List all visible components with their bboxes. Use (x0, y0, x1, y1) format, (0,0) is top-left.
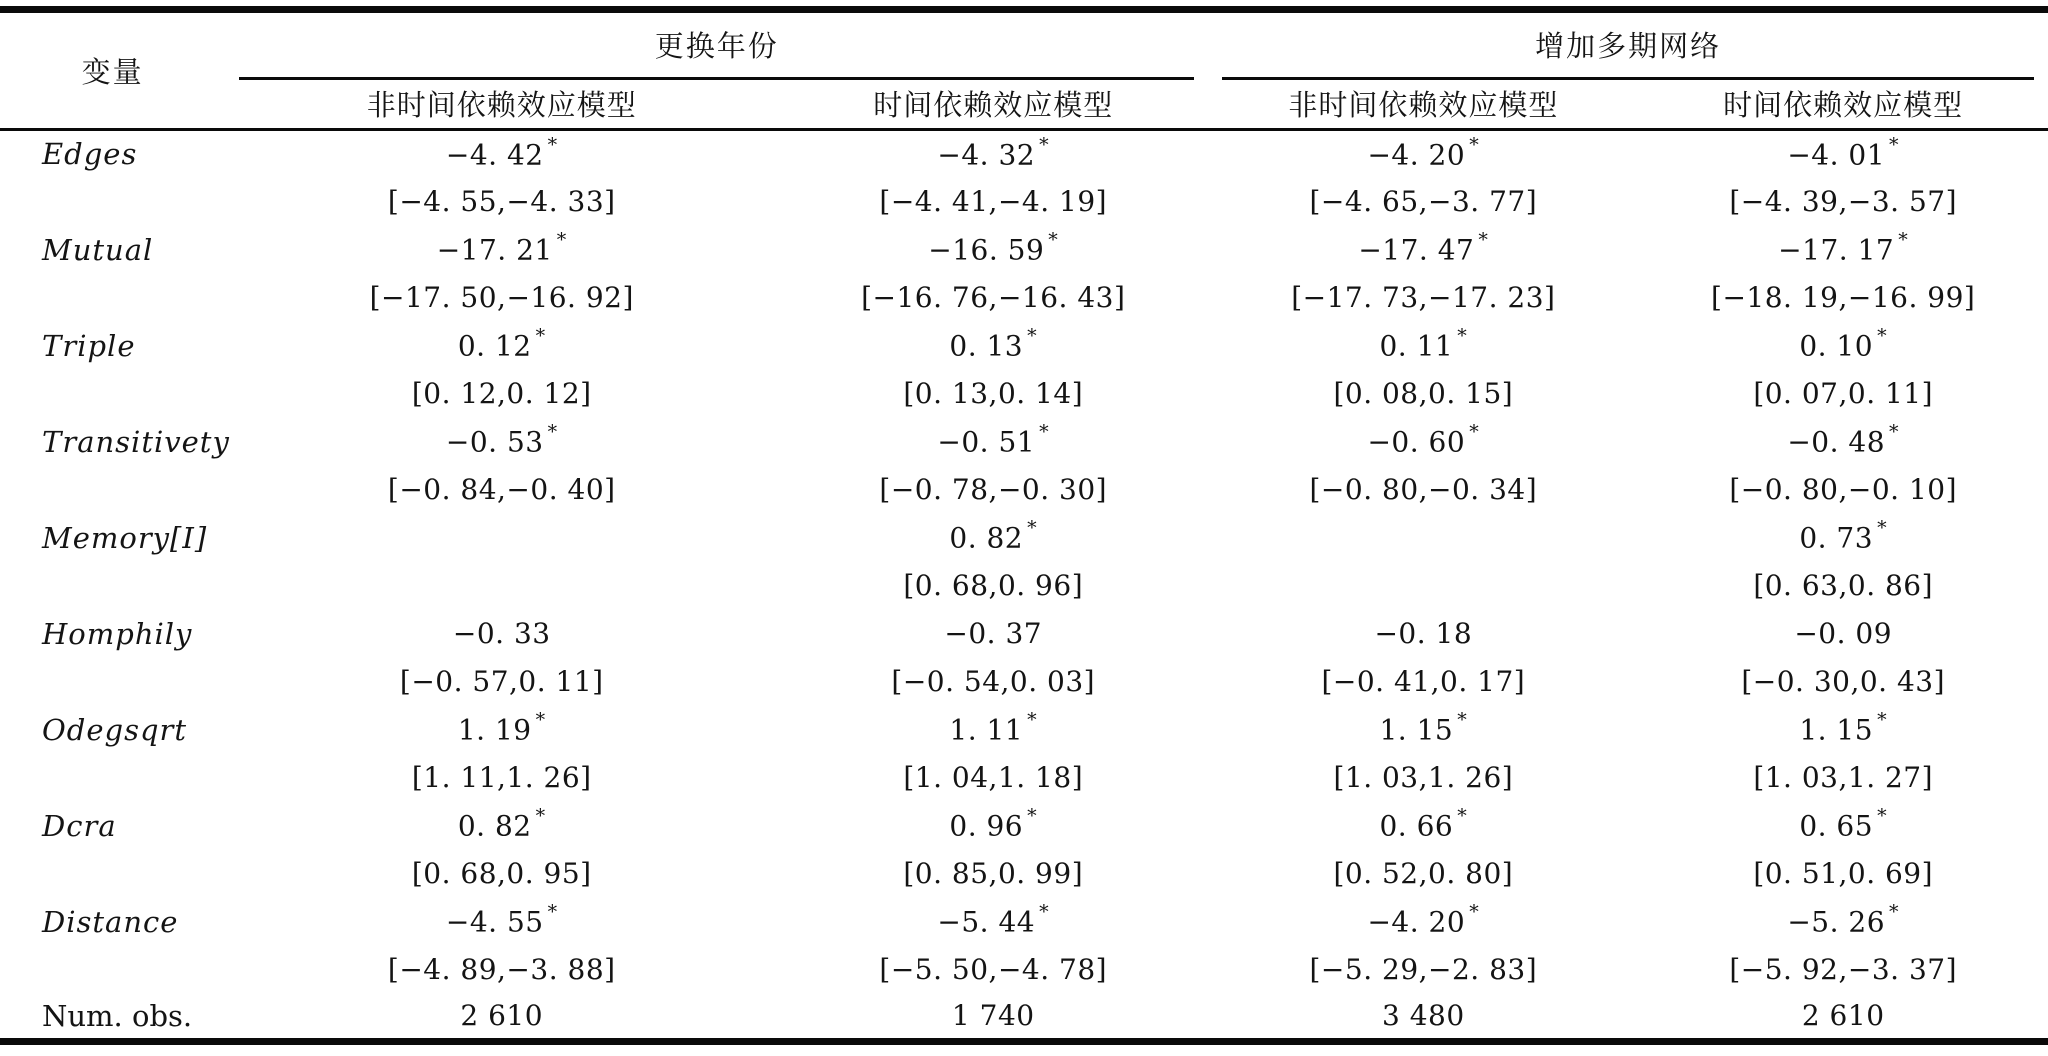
ci-cell: [1. 03,1. 26] (1208, 754, 1638, 802)
estimate-value: 1. 15 (1799, 714, 1873, 747)
estimate-cell: −5. 44* (778, 898, 1208, 946)
estimate-cell: 0. 12* (225, 322, 778, 370)
estimate-value: −0. 53 (446, 426, 544, 459)
table-row-ci: [−4. 55,−4. 33][−4. 41,−4. 19][−4. 65,−3… (0, 178, 2048, 226)
table-row: Homphily−0. 33−0. 37−0. 18−0. 09 (0, 610, 2048, 658)
estimate-cell: 1. 11* (778, 706, 1208, 754)
table-row-ci: [−4. 89,−3. 88][−5. 50,−4. 78][−5. 29,−2… (0, 946, 2048, 994)
significance-asterisk: * (536, 805, 546, 827)
significance-asterisk: * (1877, 805, 1887, 827)
estimate-value: −0. 33 (453, 617, 551, 650)
ci-cell: [0. 07,0. 11] (1638, 370, 2048, 418)
estimate-value: −16. 59 (928, 234, 1044, 267)
ci-cell: [−0. 84,−0. 40] (225, 466, 778, 514)
ci-cell: [−17. 73,−17. 23] (1208, 274, 1638, 322)
estimate-value: −4. 42 (446, 138, 544, 171)
significance-asterisk: * (1889, 421, 1899, 443)
estimate-cell: 0. 82* (778, 514, 1208, 562)
ci-cell: [−0. 78,−0. 30] (778, 466, 1208, 514)
significance-asterisk: * (548, 134, 558, 156)
ci-cell: [0. 13,0. 14] (778, 370, 1208, 418)
ci-cell: [0. 68,0. 96] (778, 562, 1208, 610)
variable-label-spacer (0, 850, 225, 898)
variable-label: Edges (0, 130, 225, 178)
estimate-cell: −0. 09 (1638, 610, 2048, 658)
estimate-value: −0. 37 (944, 617, 1042, 650)
table-row: Triple0. 12*0. 13*0. 11*0. 10* (0, 322, 2048, 370)
estimate-value: −4. 32 (937, 138, 1035, 171)
significance-asterisk: * (1039, 421, 1049, 443)
table-row-ci: [−0. 84,−0. 40][−0. 78,−0. 30][−0. 80,−0… (0, 466, 2048, 514)
results-table: 变量 更换年份 增加多期网络 非时间依赖效应模型 时间依赖效应模型 非时间依赖效… (0, 6, 2048, 1045)
ci-cell: [−0. 57,0. 11] (225, 658, 778, 706)
ci-cell (225, 562, 778, 610)
subheader-non-time-model-2: 非时间依赖效应模型 (1208, 80, 1638, 130)
table-row: Dcra0. 82*0. 96*0. 66*0. 65* (0, 802, 2048, 850)
estimate-cell: −4. 01* (1638, 130, 2048, 178)
estimate-cell: −4. 20* (1208, 130, 1638, 178)
significance-asterisk: * (1457, 709, 1467, 731)
ci-cell: [0. 51,0. 69] (1638, 850, 2048, 898)
estimate-value: 0. 82 (458, 810, 532, 843)
significance-asterisk: * (1039, 134, 1049, 156)
variable-label-spacer (0, 274, 225, 322)
estimate-cell: −16. 59* (778, 226, 1208, 274)
ci-cell: [1. 03,1. 27] (1638, 754, 2048, 802)
ci-cell: [0. 52,0. 80] (1208, 850, 1638, 898)
ci-cell: [−0. 80,−0. 10] (1638, 466, 2048, 514)
table-row-ci: [0. 68,0. 95][0. 85,0. 99][0. 52,0. 80][… (0, 850, 2048, 898)
table-row: Mutual−17. 21*−16. 59*−17. 47*−17. 17* (0, 226, 2048, 274)
variable-label: Odegsqrt (0, 706, 225, 754)
estimate-value: −4. 01 (1787, 138, 1885, 171)
estimate-cell: −5. 26* (1638, 898, 2048, 946)
estimate-cell: 1 740 (778, 994, 1208, 1042)
subheader-row: 非时间依赖效应模型 时间依赖效应模型 非时间依赖效应模型 时间依赖效应模型 (0, 80, 2048, 130)
table-row: Distance−4. 55*−5. 44*−4. 20*−5. 26* (0, 898, 2048, 946)
estimate-cell: −0. 51* (778, 418, 1208, 466)
variable-label: Memory[I] (0, 514, 225, 562)
estimate-value: 3 480 (1382, 999, 1465, 1032)
estimate-value: 0. 73 (1799, 522, 1873, 555)
table-row: Transitivety−0. 53*−0. 51*−0. 60*−0. 48* (0, 418, 2048, 466)
estimate-cell: −17. 21* (225, 226, 778, 274)
variable-column-header: 变量 (0, 10, 225, 130)
estimate-value: 1. 11 (949, 714, 1023, 747)
table-row: Memory[I]0. 82*0. 73* (0, 514, 2048, 562)
estimate-cell (1208, 514, 1638, 562)
estimate-cell: 2 610 (1638, 994, 2048, 1042)
estimate-value: 1. 15 (1379, 714, 1453, 747)
significance-asterisk: * (536, 325, 546, 347)
table-row-ci: [0. 12,0. 12][0. 13,0. 14][0. 08,0. 15][… (0, 370, 2048, 418)
table-row-ci: [−17. 50,−16. 92][−16. 76,−16. 43][−17. … (0, 274, 2048, 322)
significance-asterisk: * (1469, 421, 1479, 443)
estimate-cell: 1. 15* (1638, 706, 2048, 754)
group-header-multi-period: 增加多期网络 (1208, 10, 2048, 80)
estimate-value: 0. 66 (1379, 810, 1453, 843)
significance-asterisk: * (1048, 229, 1058, 251)
estimate-value: −0. 60 (1367, 426, 1465, 459)
table-row: Odegsqrt1. 19*1. 11*1. 15*1. 15* (0, 706, 2048, 754)
estimate-cell: −4. 55* (225, 898, 778, 946)
estimate-cell: −4. 42* (225, 130, 778, 178)
significance-asterisk: * (1027, 709, 1037, 731)
group-header-change-year: 更换年份 (225, 10, 1208, 80)
table-row-ci: [0. 68,0. 96][0. 63,0. 86] (0, 562, 2048, 610)
subheader-time-model-1: 时间依赖效应模型 (778, 80, 1208, 130)
table-row-ci: [1. 11,1. 26][1. 04,1. 18][1. 03,1. 26][… (0, 754, 2048, 802)
ci-cell: [−16. 76,−16. 43] (778, 274, 1208, 322)
estimate-cell: 0. 82* (225, 802, 778, 850)
estimate-cell: 0. 65* (1638, 802, 2048, 850)
subheader-non-time-model-1: 非时间依赖效应模型 (225, 80, 778, 130)
estimate-cell: 0. 13* (778, 322, 1208, 370)
ci-cell: [−0. 80,−0. 34] (1208, 466, 1638, 514)
ci-cell: [0. 63,0. 86] (1638, 562, 2048, 610)
estimate-value: −0. 09 (1794, 617, 1892, 650)
variable-label-spacer (0, 946, 225, 994)
estimate-value: 0. 12 (458, 330, 532, 363)
estimate-value: 2 610 (460, 999, 543, 1032)
estimate-value: 0. 65 (1799, 810, 1873, 843)
estimate-value: −17. 17 (1778, 234, 1894, 267)
significance-asterisk: * (1457, 805, 1467, 827)
ci-cell: [−0. 54,0. 03] (778, 658, 1208, 706)
significance-asterisk: * (1457, 325, 1467, 347)
significance-asterisk: * (557, 229, 567, 251)
ci-cell: [−5. 29,−2. 83] (1208, 946, 1638, 994)
estimate-cell: 1. 19* (225, 706, 778, 754)
significance-asterisk: * (1889, 901, 1899, 923)
ci-cell: [−0. 30,0. 43] (1638, 658, 2048, 706)
estimate-value: −0. 18 (1374, 617, 1472, 650)
estimate-cell: −0. 48* (1638, 418, 2048, 466)
variable-label-spacer (0, 466, 225, 514)
estimate-cell: −17. 47* (1208, 226, 1638, 274)
estimate-value: −4. 20 (1367, 138, 1465, 171)
variable-label: Triple (0, 322, 225, 370)
variable-label: Distance (0, 898, 225, 946)
subheader-time-model-2: 时间依赖效应模型 (1638, 80, 2048, 130)
ci-cell: [1. 11,1. 26] (225, 754, 778, 802)
estimate-cell: −17. 17* (1638, 226, 2048, 274)
variable-label: Transitivety (0, 418, 225, 466)
significance-asterisk: * (548, 421, 558, 443)
ci-cell: [−4. 65,−3. 77] (1208, 178, 1638, 226)
estimate-value: 0. 10 (1799, 330, 1873, 363)
ci-cell: [−18. 19,−16. 99] (1638, 274, 2048, 322)
table-body: Edges−4. 42*−4. 32*−4. 20*−4. 01*[−4. 55… (0, 130, 2048, 1042)
variable-label: Num. obs. (0, 994, 225, 1042)
ci-cell: [−4. 89,−3. 88] (225, 946, 778, 994)
estimate-cell: 3 480 (1208, 994, 1638, 1042)
ci-cell: [−4. 55,−4. 33] (225, 178, 778, 226)
estimate-cell: 2 610 (225, 994, 778, 1042)
significance-asterisk: * (1039, 901, 1049, 923)
significance-asterisk: * (1027, 517, 1037, 539)
group-header-multi-period-label: 增加多期网络 (1222, 24, 2034, 80)
table-header: 变量 更换年份 增加多期网络 非时间依赖效应模型 时间依赖效应模型 非时间依赖效… (0, 10, 2048, 130)
estimate-cell: 0. 96* (778, 802, 1208, 850)
significance-asterisk: * (548, 901, 558, 923)
ci-cell (1208, 562, 1638, 610)
significance-asterisk: * (1469, 134, 1479, 156)
estimate-value: −5. 26 (1787, 906, 1885, 939)
estimate-cell: −4. 32* (778, 130, 1208, 178)
ci-cell: [−0. 41,0. 17] (1208, 658, 1638, 706)
significance-asterisk: * (1478, 229, 1488, 251)
variable-label: Dcra (0, 802, 225, 850)
group-header-change-year-label: 更换年份 (239, 24, 1194, 80)
variable-label-spacer (0, 370, 225, 418)
estimate-cell: −0. 33 (225, 610, 778, 658)
ci-cell: [0. 68,0. 95] (225, 850, 778, 898)
estimate-value: −5. 44 (937, 906, 1035, 939)
table-row: Edges−4. 42*−4. 32*−4. 20*−4. 01* (0, 130, 2048, 178)
estimate-value: −0. 51 (937, 426, 1035, 459)
estimate-value: −17. 47 (1358, 234, 1474, 267)
ci-cell: [−5. 92,−3. 37] (1638, 946, 2048, 994)
significance-asterisk: * (536, 709, 546, 731)
estimate-cell (225, 514, 778, 562)
estimate-cell: −0. 18 (1208, 610, 1638, 658)
estimate-value: 1 740 (952, 999, 1035, 1032)
estimate-cell: −4. 20* (1208, 898, 1638, 946)
estimate-cell: −0. 37 (778, 610, 1208, 658)
estimate-value: 2 610 (1802, 999, 1885, 1032)
ci-cell: [−4. 39,−3. 57] (1638, 178, 2048, 226)
page: 变量 更换年份 增加多期网络 非时间依赖效应模型 时间依赖效应模型 非时间依赖效… (0, 0, 2048, 1045)
estimate-value: 0. 11 (1379, 330, 1453, 363)
estimate-value: 0. 13 (949, 330, 1023, 363)
ci-cell: [−17. 50,−16. 92] (225, 274, 778, 322)
variable-label: Mutual (0, 226, 225, 274)
estimate-cell: 0. 66* (1208, 802, 1638, 850)
significance-asterisk: * (1877, 709, 1887, 731)
significance-asterisk: * (1469, 901, 1479, 923)
estimate-value: −17. 21 (437, 234, 553, 267)
significance-asterisk: * (1889, 134, 1899, 156)
significance-asterisk: * (1027, 805, 1037, 827)
significance-asterisk: * (1877, 325, 1887, 347)
estimate-cell: −0. 53* (225, 418, 778, 466)
variable-label: Homphily (0, 610, 225, 658)
table-row: Num. obs.2 6101 7403 4802 610 (0, 994, 2048, 1042)
estimate-cell: 0. 11* (1208, 322, 1638, 370)
estimate-cell: −0. 60* (1208, 418, 1638, 466)
variable-label-spacer (0, 658, 225, 706)
estimate-cell: 0. 10* (1638, 322, 2048, 370)
estimate-value: −4. 20 (1367, 906, 1465, 939)
estimate-cell: 1. 15* (1208, 706, 1638, 754)
estimate-value: 0. 82 (949, 522, 1023, 555)
estimate-value: 1. 19 (458, 714, 532, 747)
variable-label-spacer (0, 178, 225, 226)
group-header-row: 变量 更换年份 增加多期网络 (0, 10, 2048, 80)
ci-cell: [−4. 41,−4. 19] (778, 178, 1208, 226)
table-row-ci: [−0. 57,0. 11][−0. 54,0. 03][−0. 41,0. 1… (0, 658, 2048, 706)
significance-asterisk: * (1898, 229, 1908, 251)
estimate-value: −4. 55 (446, 906, 544, 939)
estimate-value: −0. 48 (1787, 426, 1885, 459)
ci-cell: [0. 12,0. 12] (225, 370, 778, 418)
ci-cell: [0. 85,0. 99] (778, 850, 1208, 898)
estimate-cell: 0. 73* (1638, 514, 2048, 562)
significance-asterisk: * (1877, 517, 1887, 539)
significance-asterisk: * (1027, 325, 1037, 347)
ci-cell: [−5. 50,−4. 78] (778, 946, 1208, 994)
estimate-value: 0. 96 (949, 810, 1023, 843)
variable-label-spacer (0, 562, 225, 610)
variable-label-spacer (0, 754, 225, 802)
ci-cell: [1. 04,1. 18] (778, 754, 1208, 802)
ci-cell: [0. 08,0. 15] (1208, 370, 1638, 418)
